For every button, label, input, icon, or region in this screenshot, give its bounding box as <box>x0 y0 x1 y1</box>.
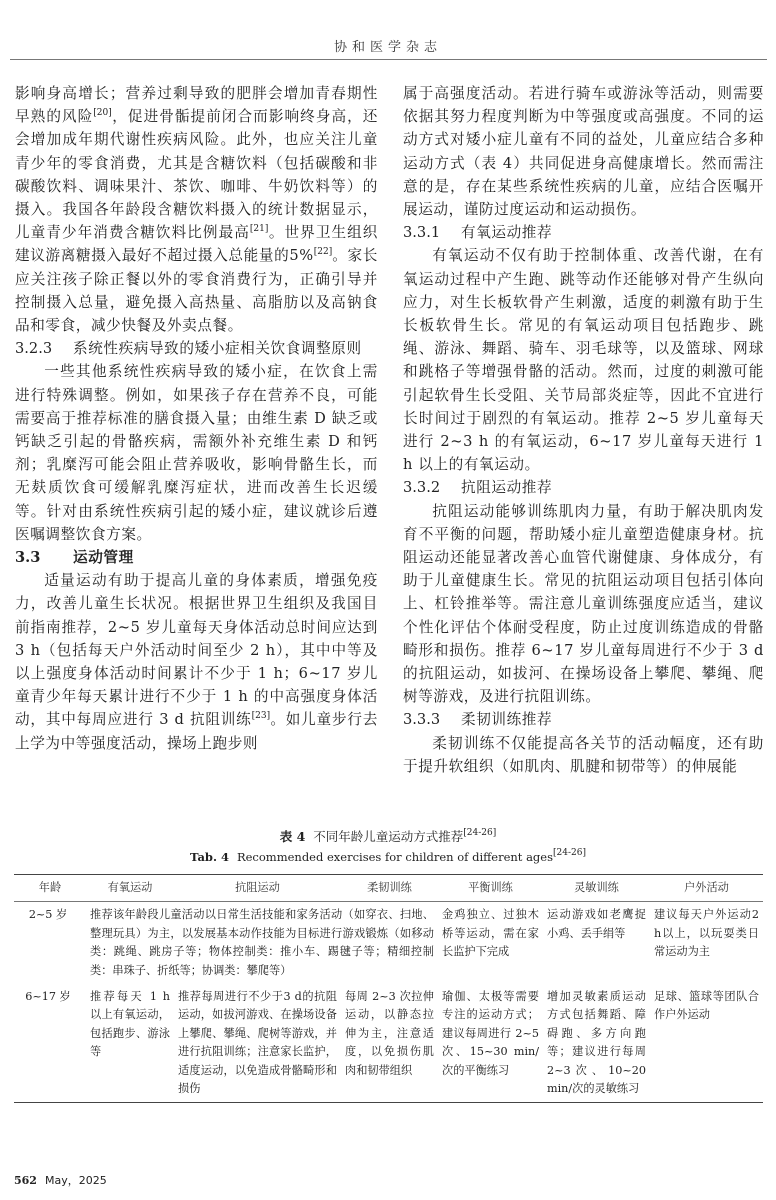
left-column: 影响身高增长；营养过剩导致的肥胖会增加青春期性早熟的风险[20]，促进骨骺提前闭… <box>15 82 378 755</box>
cell-aerobic: 推荐每天 1 h 以上有氧运动，包括跑步、游泳等 <box>86 984 174 1103</box>
header-agility: 灵敏训练 <box>543 875 650 902</box>
paragraph-aerobic: 有氧运动不仅有助于控制体重、改善代谢，在有氧运动过程中产生跑、跳等动作还能够对骨… <box>403 244 764 476</box>
section-title: 有氧运动推荐 <box>461 224 552 241</box>
journal-header: 协和医学杂志 <box>0 36 776 55</box>
header-resistance: 抗阻运动 <box>174 875 341 902</box>
cell-resistance: 推荐每周进行不少于3 d的抗阻运动，如拔河游戏、在操场设备上攀爬、攀绳、爬树等游… <box>174 984 341 1103</box>
section-number: 3.2.3 <box>15 337 73 360</box>
header-age: 年龄 <box>14 875 86 902</box>
table-row: 2~5 岁 推荐该年龄段儿童活动以日常生活技能和家务活动（如穿衣、扫地、整理玩具… <box>14 902 763 984</box>
section-number: 3.3.1 <box>403 221 461 244</box>
section-heading-3-2-3: 3.2.3系统性疾病导致的矮小症相关饮食调整原则 <box>15 337 378 360</box>
text: ，促进骨骺提前闭合而影响终身高，还会增加成年期代谢性疾病风险。此外，也应关注儿童… <box>15 108 378 241</box>
right-column: 属于高强度活动。若进行骑车或游泳等活动，则需要依据其努力程度判断为中等强度或高强… <box>403 82 764 778</box>
section-heading-3-3-3: 3.3.3柔韧训练推荐 <box>403 708 764 731</box>
section-number: 3.3.3 <box>403 708 461 731</box>
cell-balance: 金鸡独立、过独木桥等运动，需在家长监护下完成 <box>438 902 543 984</box>
text: 适量运动有助于提高儿童的身体素质，增强免疫力，改善儿童生长状况。根据世界卫生组织… <box>15 572 378 728</box>
header-outdoor: 户外活动 <box>650 875 763 902</box>
citation[interactable]: [23] <box>252 711 270 721</box>
citation[interactable]: [21] <box>250 224 268 234</box>
citation[interactable]: [22] <box>314 247 332 257</box>
cell-merged-recommendation: 推荐该年龄段儿童活动以日常生活技能和家务活动（如穿衣、扫地、整理玩具）为主，以发… <box>86 902 438 984</box>
paragraph-intensity: 属于高强度活动。若进行骑车或游泳等活动，则需要依据其努力程度判断为中等强度或高强… <box>403 82 764 221</box>
cell-agility: 运动游戏如老鹰捉小鸡、丢手绢等 <box>543 902 650 984</box>
cell-flexibility: 每周 2~3 次拉伸运动，以静态拉伸为主，注意适度，以免损伤肌肉和韧带组织 <box>341 984 438 1103</box>
section-title: 系统性疾病导致的矮小症相关饮食调整原则 <box>73 340 362 357</box>
table-caption-cn: 表 4不同年龄儿童运动方式推荐[24-26] <box>0 827 776 845</box>
cell-agility: 增加灵敏素质运动方式包括舞蹈、障碍跑、多方向跑等；建议进行每周2~3次、10~2… <box>543 984 650 1103</box>
header-flexibility: 柔韧训练 <box>341 875 438 902</box>
section-heading-3-3: 3.3运动管理 <box>15 546 378 569</box>
paragraph-exercise: 适量运动有助于提高儿童的身体素质，增强免疫力，改善儿童生长状况。根据世界卫生组织… <box>15 569 378 755</box>
exercise-table: 年龄 有氧运动 抗阻运动 柔韧训练 平衡训练 灵敏训练 户外活动 2~5 岁 推… <box>14 874 763 1103</box>
section-title: 柔韧训练推荐 <box>461 711 552 728</box>
cell-age: 6~17 岁 <box>14 984 86 1103</box>
header-balance: 平衡训练 <box>438 875 543 902</box>
page-number: 562 <box>14 1174 37 1187</box>
cell-balance: 瑜伽、太极等需要专注的运动方式；建议每周进行 2~5 次、15~30 min/次… <box>438 984 543 1103</box>
citation[interactable]: [20] <box>93 108 111 118</box>
header-rule <box>10 59 767 60</box>
header-aerobic: 有氧运动 <box>86 875 174 902</box>
paragraph-nutrition: 影响身高增长；营养过剩导致的肥胖会增加青春期性早熟的风险[20]，促进骨骺提前闭… <box>15 82 378 337</box>
paragraph-systemic-disease: 一些其他系统性疾病导致的矮小症，在饮食上需进行特殊调整。例如，如果孩子存在营养不… <box>15 360 378 546</box>
citation[interactable]: [24-26] <box>553 848 586 858</box>
section-title: 抗阻运动推荐 <box>461 479 552 496</box>
paragraph-resistance: 抗阻运动能够训练肌肉力量，有助于解决肌肉发育不平衡的问题，帮助矮小症儿童塑造健康… <box>403 500 764 709</box>
section-title: 运动管理 <box>73 549 134 566</box>
page-footer: 562May，2025 <box>14 1172 107 1188</box>
paragraph-flexibility: 柔韧训练不仅能提高各关节的活动幅度，还有助于提升软组织（如肌肉、肌腱和韧带等）的… <box>403 732 764 778</box>
issue-date: May，2025 <box>45 1174 107 1187</box>
table-title: Recommended exercises for children of di… <box>237 850 553 864</box>
section-number: 3.3 <box>15 546 73 569</box>
cell-outdoor: 建议每天户外运动2 h以上，以玩耍类日常运动为主 <box>650 902 763 984</box>
table-row: 6~17 岁 推荐每天 1 h 以上有氧运动，包括跑步、游泳等 推荐每周进行不少… <box>14 984 763 1103</box>
section-heading-3-3-1: 3.3.1有氧运动推荐 <box>403 221 764 244</box>
citation[interactable]: [24-26] <box>463 828 496 838</box>
section-heading-3-3-2: 3.3.2抗阻运动推荐 <box>403 476 764 499</box>
table-label: 表 4 <box>280 829 306 844</box>
cell-age: 2~5 岁 <box>14 902 86 984</box>
table-caption-en: Tab. 4Recommended exercises for children… <box>0 850 776 864</box>
table-label: Tab. 4 <box>190 850 229 864</box>
table-header-row: 年龄 有氧运动 抗阻运动 柔韧训练 平衡训练 灵敏训练 户外活动 <box>14 875 763 902</box>
cell-outdoor: 足球、篮球等团队合作户外运动 <box>650 984 763 1103</box>
table-title: 不同年龄儿童运动方式推荐 <box>313 829 463 844</box>
section-number: 3.3.2 <box>403 476 461 499</box>
